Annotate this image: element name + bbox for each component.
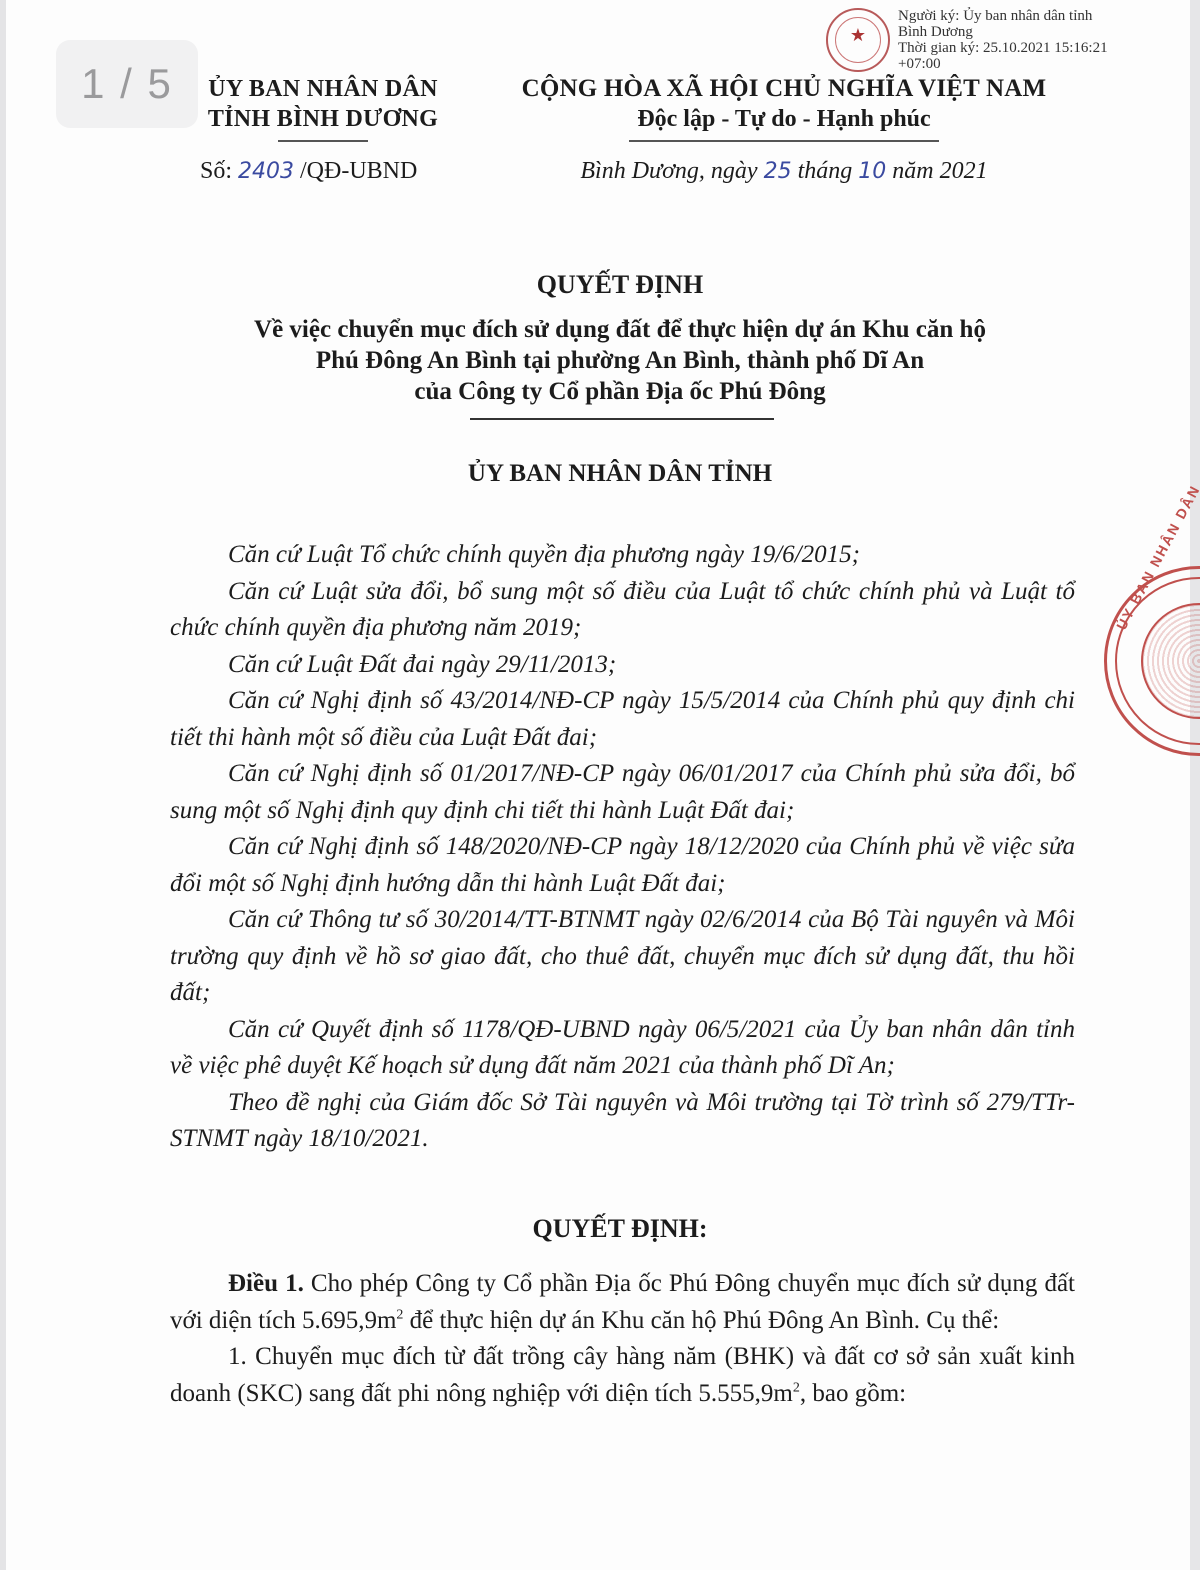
article-1-item-1: 1. Chuyển mục đích từ đất trồng cây hàng… (170, 1339, 1075, 1412)
legal-basis-item: Căn cứ Luật Tổ chức chính quyền địa phươ… (170, 537, 1075, 574)
subject-divider (470, 418, 774, 420)
legal-basis-list: Căn cứ Luật Tổ chức chính quyền địa phươ… (170, 537, 1075, 1158)
document-type: QUYẾT ĐỊNH (0, 270, 1200, 300)
document-subject: Về việc chuyển mục đích sử dụng đất để t… (0, 314, 1200, 407)
legal-basis-item: Căn cứ Luật sửa đổi, bổ sung một số điều… (170, 574, 1075, 647)
signer-label: Người ký: Ủy ban nhân dân tỉnh (898, 8, 1108, 24)
sign-timezone: +07:00 (898, 56, 1108, 72)
agency-divider (278, 140, 368, 142)
decision-heading: QUYẾT ĐỊNH: (0, 1214, 1200, 1244)
handwritten-day: 25 (764, 159, 792, 184)
sign-time: Thời gian ký: 25.10.2021 15:16:21 (898, 40, 1108, 56)
official-seal-stamp: ỦY BAN NHÂN DÂN (1104, 566, 1200, 756)
issuer-heading: ỦY BAN NHÂN DÂN TỈNH (0, 460, 1200, 488)
article-1: Điều 1. Cho phép Công ty Cổ phần Địa ốc … (170, 1266, 1075, 1339)
legal-basis-item: Căn cứ Nghị định số 148/2020/NĐ-CP ngày … (170, 829, 1075, 902)
handwritten-number: 2403 (238, 159, 294, 184)
legal-basis-item: Theo đề nghị của Giám đốc Sở Tài nguyên … (170, 1085, 1075, 1158)
legal-basis-item: Căn cứ Nghị định số 43/2014/NĐ-CP ngày 1… (170, 683, 1075, 756)
document-number: Số: 2403 /QĐ-UBND (200, 158, 417, 185)
agency-line-2: TỈNH BÌNH DƯƠNG (198, 104, 448, 134)
viewer-scrollbar[interactable] (1190, 0, 1200, 1570)
issuing-agency: ỦY BAN NHÂN DÂN TỈNH BÌNH DƯƠNG (198, 74, 448, 142)
page-indicator: 1 / 5 (56, 40, 198, 128)
legal-basis-item: Căn cứ Quyết định số 1178/QĐ-UBND ngày 0… (170, 1012, 1075, 1085)
decision-articles: Điều 1. Cho phép Công ty Cổ phần Địa ốc … (170, 1266, 1075, 1412)
legal-basis-item: Căn cứ Thông tư số 30/2014/TT-BTNMT ngày… (170, 902, 1075, 1012)
stamp-text: ỦY BAN NHÂN DÂN (1113, 482, 1200, 633)
digital-signature-block: ★ Người ký: Ủy ban nhân dân tỉnh Bình Dư… (826, 4, 1176, 80)
national-emblem-icon: ★ (826, 8, 890, 72)
agency-line-1: ỦY BAN NHÂN DÂN (198, 74, 448, 104)
issue-date: Bình Dương, ngày 25 tháng 10 năm 2021 (508, 158, 1060, 185)
national-header: CỘNG HÒA XÃ HỘI CHỦ NGHĨA VIỆT NAM Độc l… (508, 74, 1060, 142)
handwritten-month: 10 (858, 159, 886, 184)
viewer-left-edge (0, 0, 6, 1570)
motto-divider (629, 140, 939, 142)
article-1-label: Điều 1. (228, 1270, 304, 1297)
legal-basis-item: Căn cứ Luật Đất đai ngày 29/11/2013; (170, 647, 1075, 684)
national-motto: Độc lập - Tự do - Hạnh phúc (508, 104, 1060, 134)
nation-name: CỘNG HÒA XÃ HỘI CHỦ NGHĨA VIỆT NAM (508, 74, 1060, 104)
signer-label-cont: Bình Dương (898, 24, 1108, 40)
legal-basis-item: Căn cứ Nghị định số 01/2017/NĐ-CP ngày 0… (170, 756, 1075, 829)
